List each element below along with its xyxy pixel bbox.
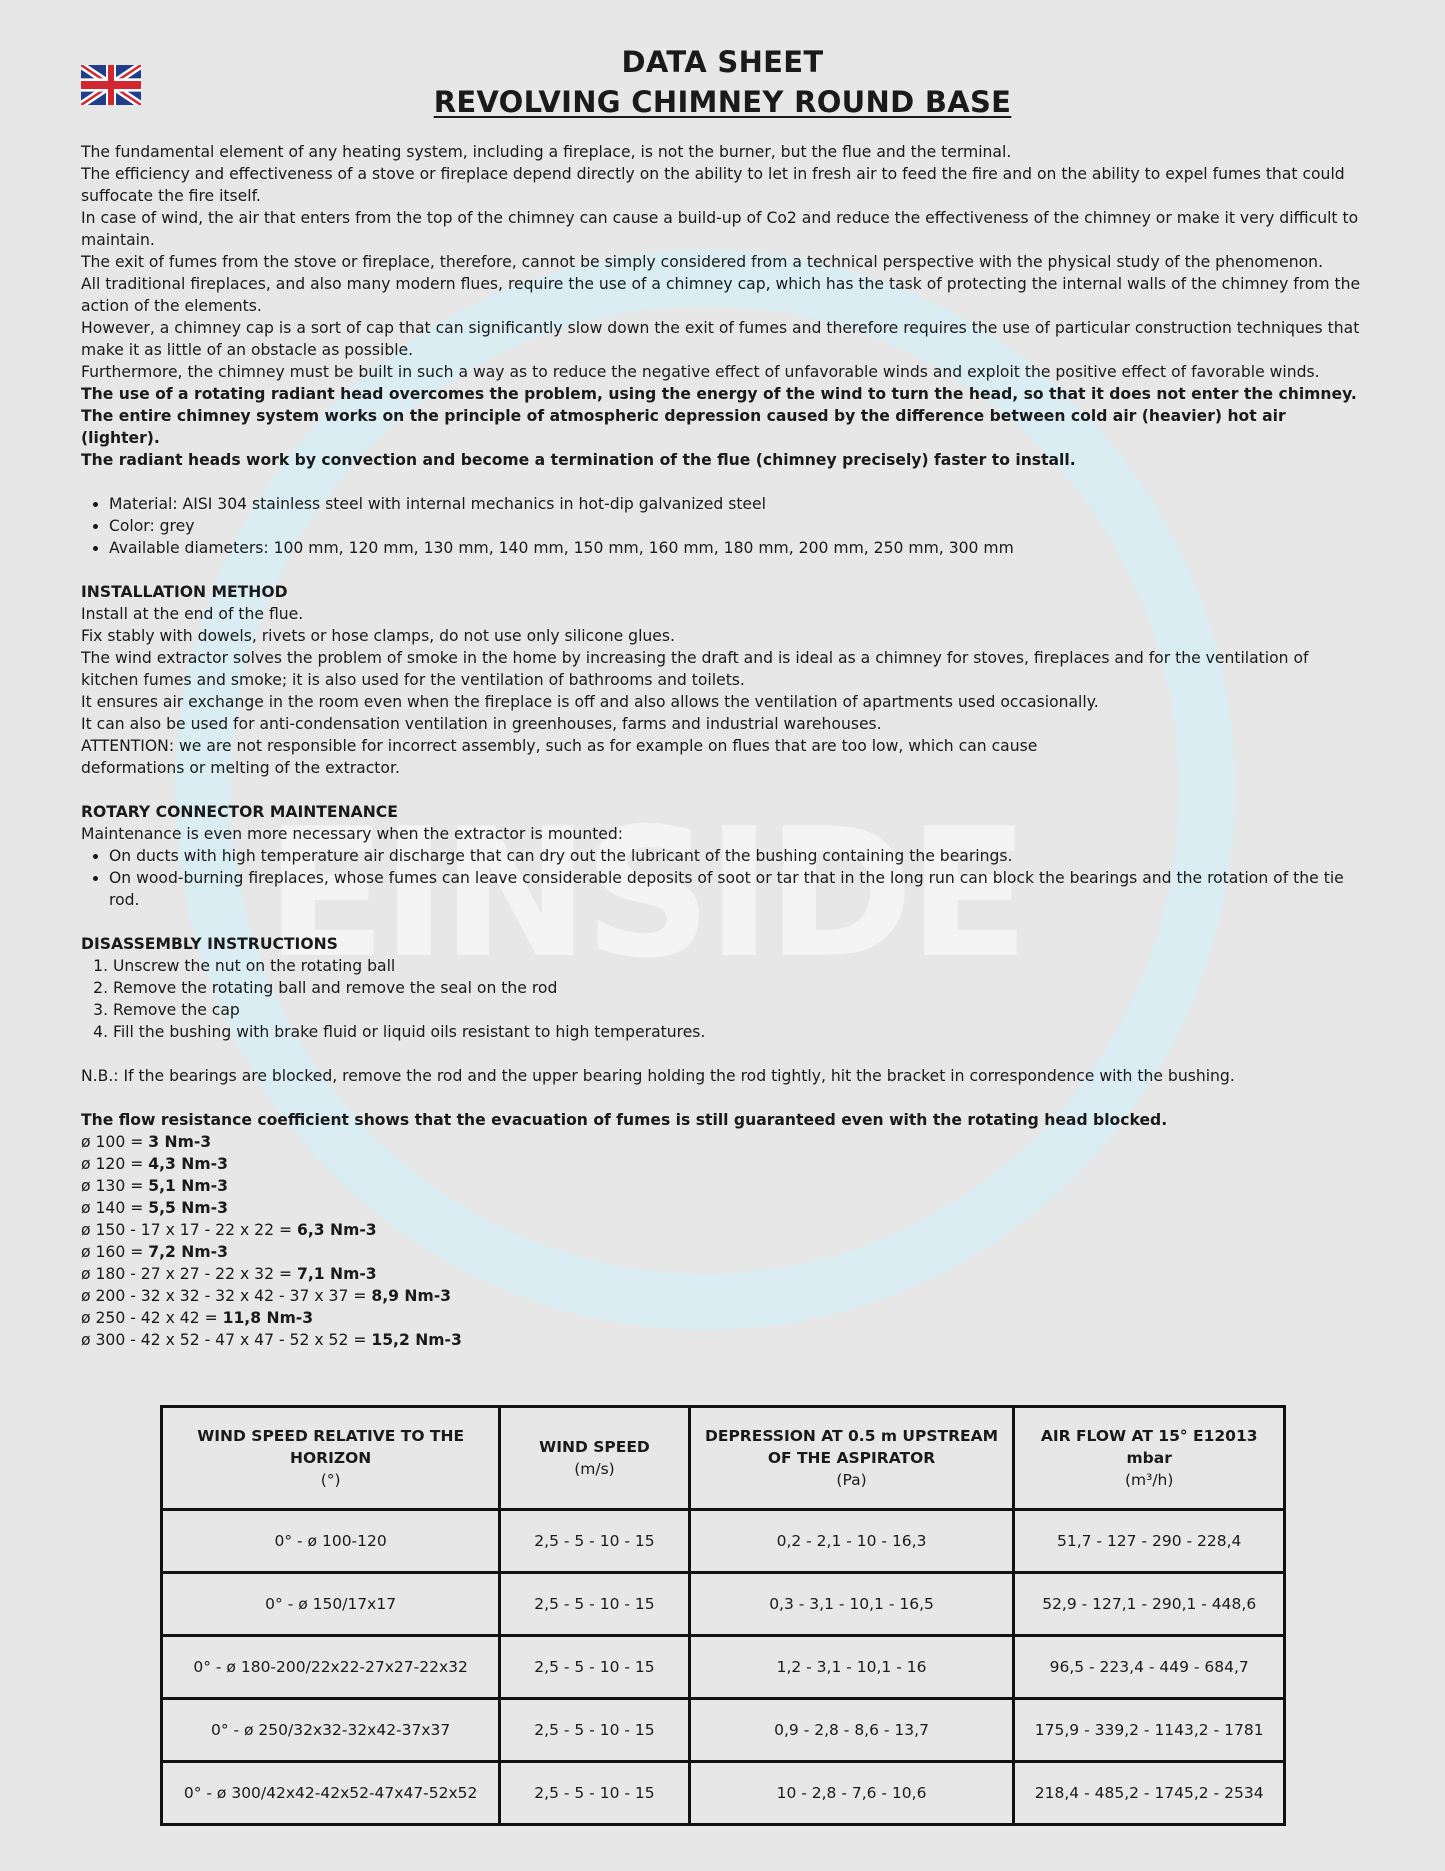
flow-resistance-item: ø 200 - 32 x 32 - 32 x 42 - 37 x 37 = 8,… [81,1285,1366,1307]
table-cell: 0° - ø 100-120 [162,1510,500,1573]
disassembly-heading: DISASSEMBLY INSTRUCTIONS [81,933,1366,955]
installation-line: It can also be used for anti-condensatio… [81,713,1366,735]
coef-value: 5,1 Nm-3 [148,1177,228,1195]
table-cell: 175,9 - 339,2 - 1143,2 - 1781 [1014,1699,1285,1762]
flow-resistance-item: ø 100 = 3 Nm-3 [81,1131,1366,1153]
flow-resistance-item: ø 300 - 42 x 52 - 47 x 47 - 52 x 52 = 15… [81,1329,1366,1351]
table-cell: 0° - ø 250/32x32-32x42-37x37 [162,1699,500,1762]
coef-value: 15,2 Nm-3 [371,1331,462,1349]
table-row: 0° - ø 250/32x32-32x42-37x372,5 - 5 - 10… [162,1699,1285,1762]
installation-line: Fix stably with dowels, rivets or hose c… [81,625,1366,647]
flow-resistance-item: ø 180 - 27 x 27 - 22 x 32 = 7,1 Nm-3 [81,1263,1366,1285]
spec-item: Color: grey [109,515,1366,537]
coef-value: 8,9 Nm-3 [371,1287,451,1305]
spec-item: Material: AISI 304 stainless steel with … [109,493,1366,515]
column-header-depression: DEPRESSION AT 0.5 m UPSTREAM OF THE ASPI… [689,1407,1014,1510]
disassembly-steps: Unscrew the nut on the rotating ball Rem… [81,955,1366,1043]
table-cell: 2,5 - 5 - 10 - 15 [500,1699,689,1762]
flow-resistance-item: ø 160 = 7,2 Nm-3 [81,1241,1366,1263]
table-cell: 0° - ø 150/17x17 [162,1573,500,1636]
installation-section: INSTALLATION METHOD Install at the end o… [81,581,1366,779]
maintenance-list: On ducts with high temperature air disch… [81,845,1366,911]
intro-paragraph: However, a chimney cap is a sort of cap … [81,317,1366,361]
installation-line: It ensures air exchange in the room even… [81,691,1366,713]
flow-resistance-item: ø 250 - 42 x 42 = 11,8 Nm-3 [81,1307,1366,1329]
coef-label: ø 250 - 42 x 42 = [81,1309,223,1327]
maintenance-section: ROTARY CONNECTOR MAINTENANCE Maintenance… [81,801,1366,911]
table-cell: 2,5 - 5 - 10 - 15 [500,1636,689,1699]
coef-value: 6,3 Nm-3 [297,1221,377,1239]
coef-label: ø 150 - 17 x 17 - 22 x 22 = [81,1221,297,1239]
table-cell: 0° - ø 180-200/22x22-27x27-22x32 [162,1636,500,1699]
intro-paragraph: The efficiency and effectiveness of a st… [81,163,1366,207]
specs-list: Material: AISI 304 stainless steel with … [81,493,1366,559]
maintenance-item: On wood-burning fireplaces, whose fumes … [109,867,1366,911]
disassembly-step: Remove the rotating ball and remove the … [113,977,1366,999]
intro-bold-paragraph: The entire chimney system works on the p… [81,405,1366,449]
coef-value: 3 Nm-3 [148,1133,211,1151]
coef-value: 5,5 Nm-3 [148,1199,228,1217]
installation-line: The wind extractor solves the problem of… [81,647,1366,691]
table-cell: 0° - ø 300/42x42-42x52-47x47-52x52 [162,1762,500,1825]
intro-paragraph: All traditional fireplaces, and also man… [81,273,1366,317]
table-row: 0° - ø 150/17x172,5 - 5 - 10 - 150,3 - 3… [162,1573,1285,1636]
coef-value: 7,1 Nm-3 [297,1265,377,1283]
table-cell: 2,5 - 5 - 10 - 15 [500,1510,689,1573]
disassembly-step: Fill the bushing with brake fluid or liq… [113,1021,1366,1043]
table-cell: 0,3 - 3,1 - 10,1 - 16,5 [689,1573,1014,1636]
document-header: DATA SHEET REVOLVING CHIMNEY ROUND BASE [0,42,1445,122]
spec-item: Available diameters: 100 mm, 120 mm, 130… [109,537,1366,559]
performance-table: WIND SPEED RELATIVE TO THE HORIZON (°) W… [160,1405,1286,1826]
installation-line: ATTENTION: we are not responsible for in… [81,735,1366,757]
coef-label: ø 100 = [81,1133,148,1151]
table-cell: 0,2 - 2,1 - 10 - 16,3 [689,1510,1014,1573]
table-cell: 0,9 - 2,8 - 8,6 - 13,7 [689,1699,1014,1762]
table-cell: 218,4 - 485,2 - 1745,2 - 2534 [1014,1762,1285,1825]
document-body: The fundamental element of any heating s… [81,141,1366,1351]
intro-paragraph: In case of wind, the air that enters fro… [81,207,1366,251]
installation-line: Install at the end of the flue. [81,603,1366,625]
intro-bold-paragraph: The radiant heads work by convection and… [81,449,1366,471]
maintenance-heading: ROTARY CONNECTOR MAINTENANCE [81,801,1366,823]
table-cell: 96,5 - 223,4 - 449 - 684,7 [1014,1636,1285,1699]
column-header-angle: WIND SPEED RELATIVE TO THE HORIZON (°) [162,1407,500,1510]
flow-resistance-section: The flow resistance coefficient shows th… [81,1109,1366,1351]
coef-label: ø 180 - 27 x 27 - 22 x 32 = [81,1265,297,1283]
document-subtitle: REVOLVING CHIMNEY ROUND BASE [0,82,1445,122]
table-cell: 52,9 - 127,1 - 290,1 - 448,6 [1014,1573,1285,1636]
disassembly-note: N.B.: If the bearings are blocked, remov… [81,1065,1366,1087]
table-cell: 2,5 - 5 - 10 - 15 [500,1762,689,1825]
coef-value: 7,2 Nm-3 [148,1243,228,1261]
flow-resistance-list: ø 100 = 3 Nm-3ø 120 = 4,3 Nm-3ø 130 = 5,… [81,1131,1366,1351]
intro-paragraph: The fundamental element of any heating s… [81,141,1366,163]
installation-heading: INSTALLATION METHOD [81,581,1366,603]
coef-label: ø 130 = [81,1177,148,1195]
coef-label: ø 300 - 42 x 52 - 47 x 47 - 52 x 52 = [81,1331,371,1349]
document-title: DATA SHEET [0,42,1445,82]
table-row: 0° - ø 100-1202,5 - 5 - 10 - 150,2 - 2,1… [162,1510,1285,1573]
flow-resistance-item: ø 130 = 5,1 Nm-3 [81,1175,1366,1197]
table-row: 0° - ø 300/42x42-42x52-47x47-52x522,5 - … [162,1762,1285,1825]
installation-line: deformations or melting of the extractor… [81,757,1366,779]
flow-resistance-heading: The flow resistance coefficient shows th… [81,1109,1366,1131]
disassembly-step: Unscrew the nut on the rotating ball [113,955,1366,977]
table-header-row: WIND SPEED RELATIVE TO THE HORIZON (°) W… [162,1407,1285,1510]
coef-value: 11,8 Nm-3 [223,1309,314,1327]
intro-paragraph: The exit of fumes from the stove or fire… [81,251,1366,273]
flow-resistance-item: ø 140 = 5,5 Nm-3 [81,1197,1366,1219]
column-header-wind-speed: WIND SPEED (m/s) [500,1407,689,1510]
coef-label: ø 160 = [81,1243,148,1261]
coef-label: ø 200 - 32 x 32 - 32 x 42 - 37 x 37 = [81,1287,371,1305]
table-cell: 51,7 - 127 - 290 - 228,4 [1014,1510,1285,1573]
flow-resistance-item: ø 150 - 17 x 17 - 22 x 22 = 6,3 Nm-3 [81,1219,1366,1241]
flow-resistance-item: ø 120 = 4,3 Nm-3 [81,1153,1366,1175]
table-row: 0° - ø 180-200/22x22-27x27-22x322,5 - 5 … [162,1636,1285,1699]
coef-value: 4,3 Nm-3 [148,1155,228,1173]
column-header-air-flow: AIR FLOW AT 15° E12013 mbar (m³/h) [1014,1407,1285,1510]
maintenance-intro: Maintenance is even more necessary when … [81,823,1366,845]
coef-label: ø 120 = [81,1155,148,1173]
intro-bold-paragraph: The use of a rotating radiant head overc… [81,383,1366,405]
coef-label: ø 140 = [81,1199,148,1217]
disassembly-section: DISASSEMBLY INSTRUCTIONS Unscrew the nut… [81,933,1366,1087]
maintenance-item: On ducts with high temperature air disch… [109,845,1366,867]
table-cell: 2,5 - 5 - 10 - 15 [500,1573,689,1636]
disassembly-step: Remove the cap [113,999,1366,1021]
intro-section: The fundamental element of any heating s… [81,141,1366,471]
table-cell: 10 - 2,8 - 7,6 - 10,6 [689,1762,1014,1825]
table-cell: 1,2 - 3,1 - 10,1 - 16 [689,1636,1014,1699]
intro-paragraph: Furthermore, the chimney must be built i… [81,361,1366,383]
